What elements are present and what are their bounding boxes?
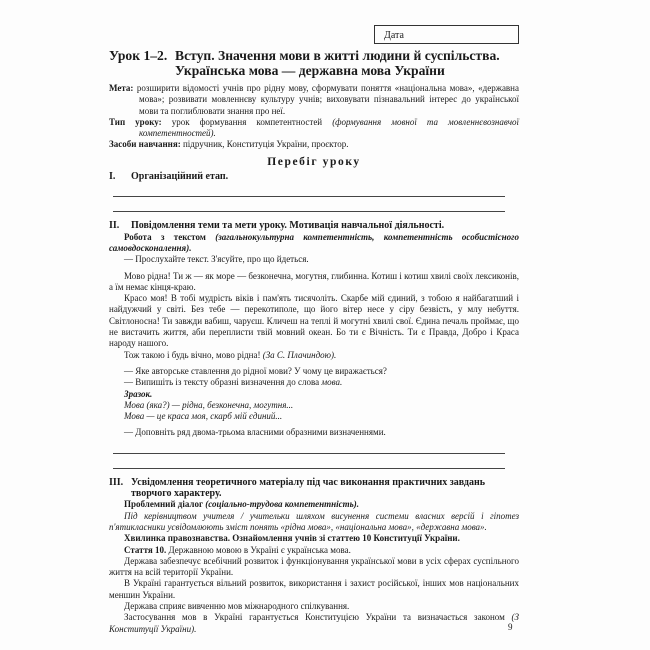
section-1-heading: I.Організаційний етап. [109,171,519,182]
article-paragraph-1: Держава забезпечує всебічний розвиток і … [109,556,519,579]
date-field[interactable]: Дата [374,25,519,44]
section-3-heading: III.Усвідомлення теоретичного матеріалу … [109,477,519,500]
workbook-page: Дата Урок 1–2. Вступ. Значення мови в жи… [0,0,650,650]
date-label: Дата [384,30,404,41]
section-2-heading: II.Повідомлення теми та мети уроку. Моти… [109,220,519,231]
answer-line[interactable] [113,182,505,197]
sample-2: Мова — це краса моя, скарб мій єдиний... [109,411,519,422]
sample-label: Зразок. [109,389,519,400]
lesson-number: Урок 1–2. [109,48,175,78]
listen-instruction: — Прослухайте текст. З'ясуйте, про що йд… [109,254,519,265]
text-paragraph-3: Тож такою і будь вічно, мово рідна! (За … [109,350,519,361]
answer-line[interactable] [113,454,505,469]
problem-dialog: Проблемний діалог (соціально-трудова ком… [109,499,519,510]
lesson-goal: Мета: розширити відомості учнів про рідн… [109,83,519,117]
text-paragraph-2: Красо моя! В тобі мудрість віків і пам'я… [109,293,519,349]
article-paragraph-3: Держава сприяє вивченню мов міжнародного… [109,601,519,612]
answer-line[interactable] [113,197,505,212]
work-with-text: Робота з текстом (загальнокультурна комп… [109,232,519,255]
lesson-type: Тип уроку: урок формування компетентност… [109,117,519,140]
lesson-heading: Вступ. Значення мови в житті людини й су… [175,48,519,78]
question-2: — Випишіть із тексту образні визначення … [109,377,519,388]
article-paragraph-2: В Україні гарантується вільний розвиток,… [109,578,519,601]
question-1: — Яке авторське ставлення до рідної мови… [109,366,519,377]
dialog-description: Під керівництвом учителя / учительки шля… [109,511,519,534]
lesson-tools: Засоби навчання: підручник, Конституція … [109,139,519,150]
answer-line[interactable] [113,439,505,454]
task-instruction: — Доповніть ряд двома-трьома власними об… [109,427,519,438]
article-paragraph-4: Застосування мов в Україні гарантується … [109,612,519,635]
text-paragraph-1: Мово рідна! Ти ж — як море — безконечна,… [109,271,519,294]
page-content: Урок 1–2. Вступ. Значення мови в житті л… [109,48,519,635]
lesson-title: Урок 1–2. Вступ. Значення мови в житті л… [109,48,519,78]
page-number: 9 [508,622,513,632]
law-minute: Хвилинка правознавства. Ознайомлення учн… [109,533,519,544]
course-title: Перебіг уроку [109,157,519,168]
article-10: Стаття 10. Державною мовою в Україні є у… [109,545,519,556]
sample-1: Мова (яка?) — рідна, безконечна, могутня… [109,400,519,411]
